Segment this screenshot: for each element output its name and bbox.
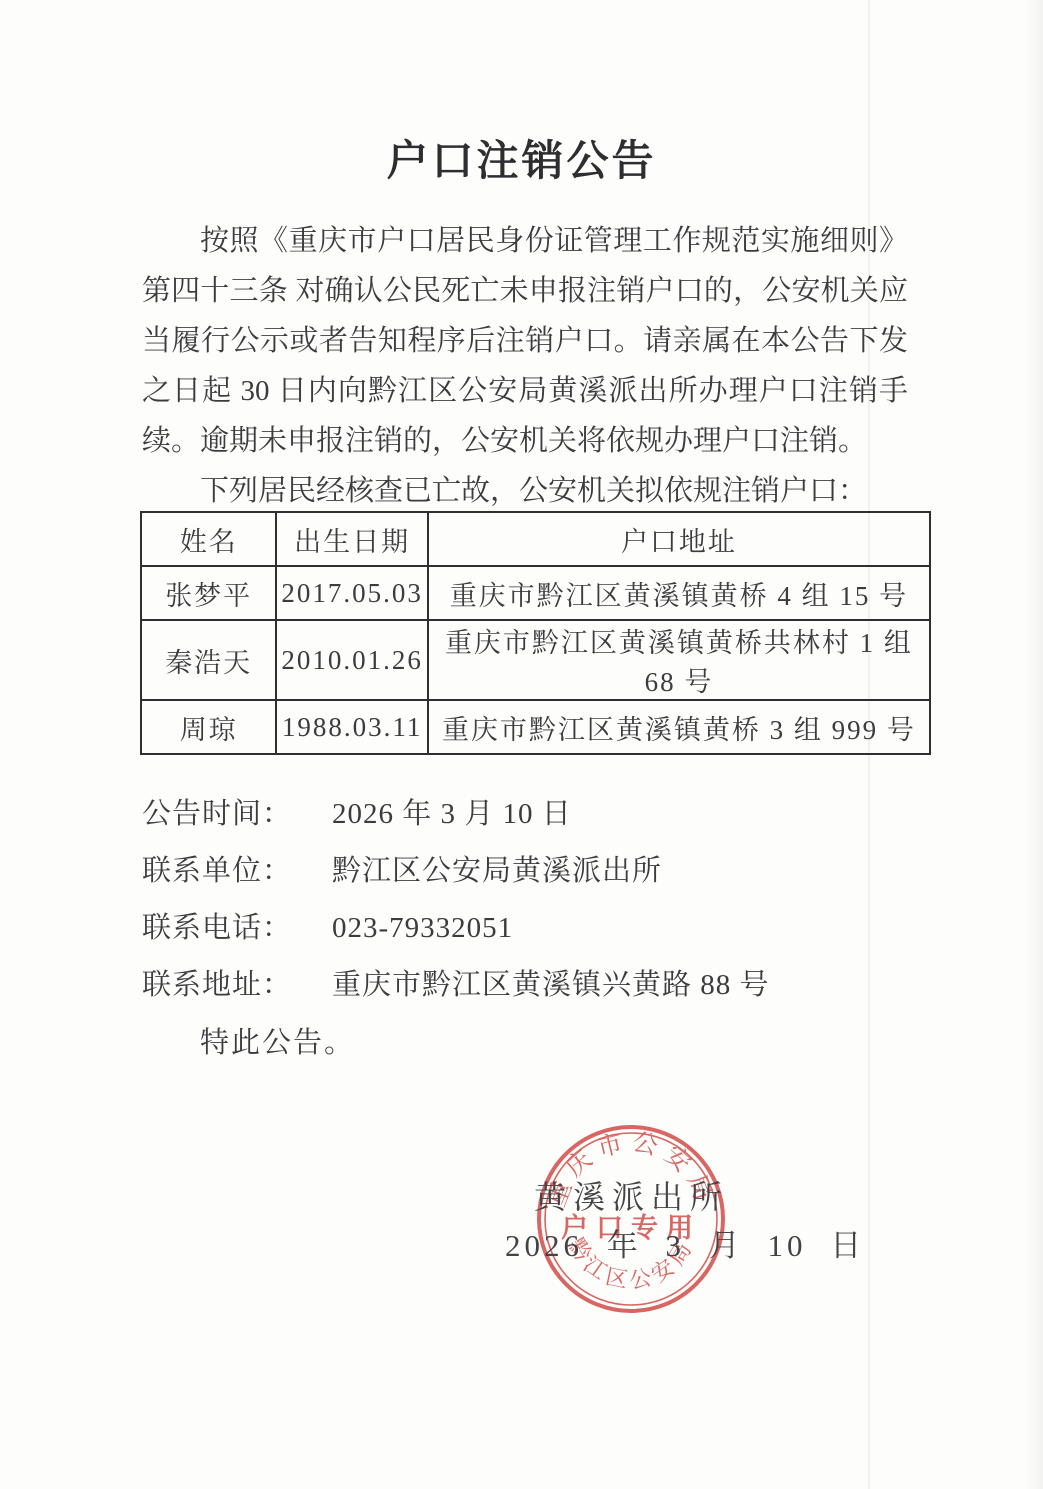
contact-row: 联系电话： 023-79332051	[142, 908, 922, 948]
header-name: 姓名	[141, 512, 276, 566]
contact-unit: 黔江区公安局黄溪派出所	[332, 851, 662, 891]
contact-row: 联系地址： 重庆市黔江区黄溪镇兴黄路 88 号	[142, 965, 922, 1005]
cell-name: 秦浩天	[141, 620, 276, 700]
table-row: 秦浩天 2010.01.26 重庆市黔江区黄溪镇黄桥共林村 1 组 68 号	[141, 620, 930, 700]
contact-label: 公告时间：	[142, 794, 332, 834]
contact-label: 联系电话：	[142, 908, 332, 948]
signature-date: 2026 年 3 月 10 日	[505, 1220, 865, 1265]
contact-label: 联系单位：	[142, 851, 332, 891]
cell-birth: 2010.01.26	[276, 620, 428, 700]
page-title: 户口注销公告	[0, 128, 1043, 188]
cell-birth: 2017.05.03	[276, 566, 428, 620]
contact-label: 联系地址：	[142, 965, 332, 1005]
official-seal: 重庆市公安局 黔江区公安局 户口专用	[534, 1122, 728, 1316]
cell-name: 周琼	[141, 700, 276, 754]
contact-row: 公告时间： 2026 年 3 月 10 日	[142, 794, 922, 834]
contact-address: 重庆市黔江区黄溪镇兴黄路 88 号	[332, 965, 770, 1005]
page-edge-shadow	[1025, 0, 1043, 1489]
cell-address: 重庆市黔江区黄溪镇黄桥 4 组 15 号	[428, 566, 930, 620]
residents-intro: 下列居民经核查已亡故，公安机关拟依规注销户口：	[142, 466, 908, 516]
cell-name: 张梦平	[141, 566, 276, 620]
scanned-notice-page: 户口注销公告 按照《重庆市户口居民身份证管理工作规范实施细则》第四十三条 对确认…	[0, 0, 1043, 1489]
table-row: 张梦平 2017.05.03 重庆市黔江区黄溪镇黄桥 4 组 15 号	[141, 566, 930, 620]
table-header-row: 姓名 出生日期 户口地址	[141, 512, 930, 566]
notice-date: 2026 年 3 月 10 日	[332, 794, 572, 834]
cell-birth: 1988.03.11	[276, 700, 428, 754]
residents-table: 姓名 出生日期 户口地址 张梦平 2017.05.03 重庆市黔江区黄溪镇黄桥 …	[140, 511, 931, 755]
header-birth: 出生日期	[276, 512, 428, 566]
contact-row: 联系单位： 黔江区公安局黄溪派出所	[142, 851, 922, 891]
notice-body: 按照《重庆市户口居民身份证管理工作规范实施细则》第四十三条 对确认公民死亡未申报…	[142, 216, 908, 516]
table-row: 周琼 1988.03.11 重庆市黔江区黄溪镇黄桥 3 组 999 号	[141, 700, 930, 754]
body-paragraph: 按照《重庆市户口居民身份证管理工作规范实施细则》第四十三条 对确认公民死亡未申报…	[142, 216, 908, 466]
closing-statement: 特此公告。	[142, 1020, 355, 1061]
station-name: 黄溪派出所	[0, 1172, 1043, 1218]
cell-address: 重庆市黔江区黄溪镇黄桥 3 组 999 号	[428, 700, 930, 754]
contact-phone: 023-79332051	[332, 908, 513, 948]
contact-block: 公告时间： 2026 年 3 月 10 日 联系单位： 黔江区公安局黄溪派出所 …	[142, 794, 922, 1022]
cell-address: 重庆市黔江区黄溪镇黄桥共林村 1 组 68 号	[428, 620, 930, 700]
seal-graphic: 重庆市公安局 黔江区公安局 户口专用	[534, 1122, 728, 1316]
header-address: 户口地址	[428, 512, 930, 566]
